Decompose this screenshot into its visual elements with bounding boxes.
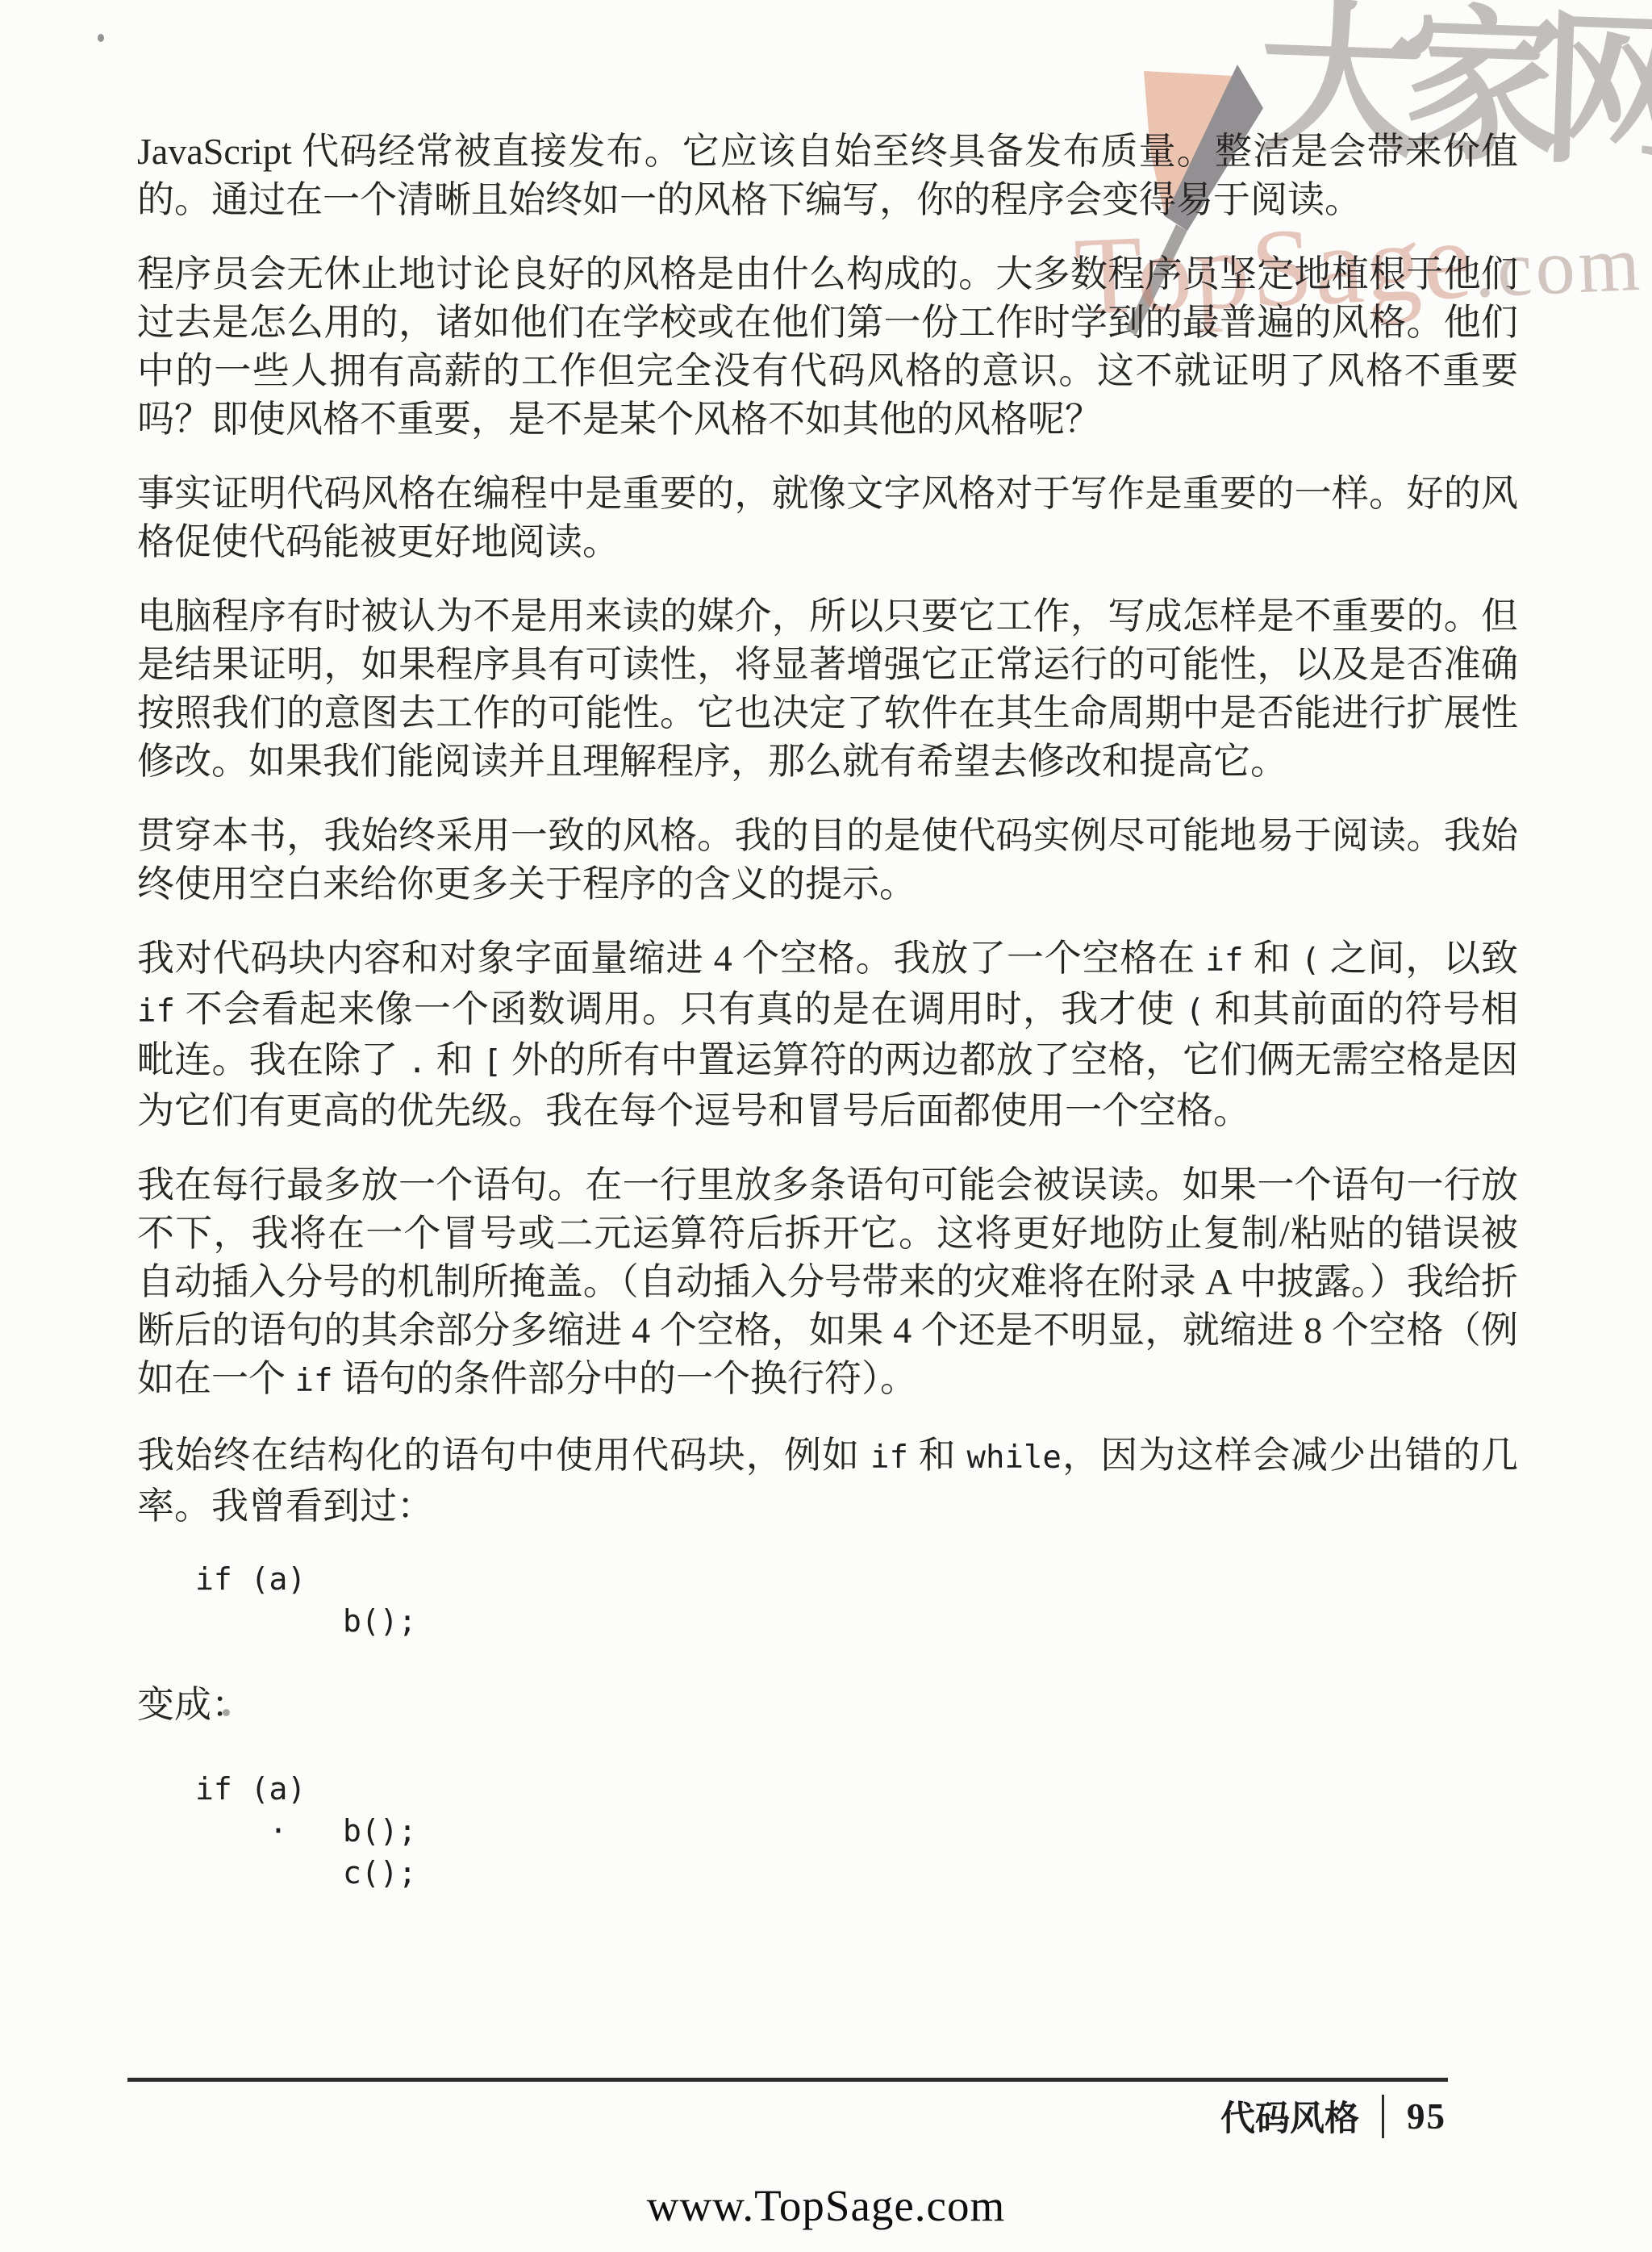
paragraph: 电脑程序有时被认为不是用来读的媒介，所以只要它工作，写成怎样是不重要的。但是结果… — [137, 592, 1518, 786]
paragraph: 事实证明代码风格在编程中是重要的，就像文字风格对于写作是重要的一样。好的风格促使… — [137, 470, 1518, 566]
inline-code: [ — [483, 1044, 502, 1080]
text-segment: 之间，以致 — [1320, 938, 1518, 979]
text-segment: 和 — [1243, 938, 1301, 979]
inline-code: if — [870, 1439, 908, 1476]
paragraph: 我始终在结构化的语句中使用代码块，例如 if 和 while，因为这样会减少出错… — [137, 1431, 1518, 1531]
paragraph: 贯穿本书，我始终采用一致的风格。我的目的是使代码实例尽可能地易于阅读。我始终使用… — [137, 812, 1518, 909]
scan-speck — [223, 1709, 230, 1716]
scan-speck — [809, 479, 814, 485]
footer-site-url: www.TopSage.com — [647, 2180, 1005, 2231]
book-page: 大家网 TopSage.com JavaScript 代码经常被直接发布。它应该… — [0, 0, 1652, 2252]
paragraph: 我对代码块内容和对象字面量缩进 4 个空格。我放了一个空格在 if 和 ( 之间… — [137, 934, 1518, 1135]
inline-code: if — [295, 1363, 333, 1399]
footer-separator: | — [1382, 2095, 1384, 2138]
text-segment: 电脑程序有时被认为不是用来读的媒介，所以只要它工作，写成怎样是不重要的。但是结果… — [137, 595, 1518, 782]
text-segment: 事实证明代码风格在编程中是重要的，就像文字风格对于写作是重要的一样。好的风格促使… — [137, 473, 1518, 562]
code-block-before: if (a) b(); — [195, 1558, 1518, 1642]
inline-code: ( — [1185, 993, 1204, 1030]
inline-code: while — [967, 1439, 1062, 1476]
inline-code: if — [1205, 942, 1243, 979]
footer-section-title: 代码风格 — [1220, 2091, 1359, 2141]
paragraph: 我在每行最多放一个语句。在一行里放多条语句可能会被误读。如果一个语句一行放不下，… — [137, 1161, 1518, 1406]
code-block-after: if (a) · b(); c(); — [195, 1768, 1518, 1894]
text-segment: 和 — [908, 1435, 967, 1476]
text-segment: JavaScript 代码经常被直接发布。它应该自始至终具备发布质量。整洁是会带… — [137, 131, 1518, 220]
text-segment: 贯穿本书，我始终采用一致的风格。我的目的是使代码实例尽可能地易于阅读。我始终使用… — [137, 815, 1518, 905]
text-segment: 我对代码块内容和对象字面量缩进 4 个空格。我放了一个空格在 — [137, 938, 1205, 979]
scan-speck — [98, 34, 104, 42]
footer-rule — [127, 2078, 1448, 2082]
inline-code: if — [137, 993, 175, 1030]
text-segment: 变成： — [137, 1684, 248, 1725]
footer-page-number: 95 — [1407, 2095, 1446, 2137]
inline-code: . — [407, 1044, 426, 1080]
inline-code: ( — [1301, 942, 1320, 979]
text-segment: 不会看起来像一个函数调用。只有真的是在调用时，我才使 — [175, 988, 1185, 1030]
paragraph: JavaScript 代码经常被直接发布。它应该自始至终具备发布质量。整洁是会带… — [137, 127, 1518, 224]
text-segment: 语句的条件部分中的一个换行符）。 — [332, 1358, 917, 1399]
text-segment: 我始终在结构化的语句中使用代码块，例如 — [137, 1435, 870, 1476]
text-segment: 和 — [427, 1039, 483, 1080]
page-content: JavaScript 代码经常被直接发布。它应该自始至终具备发布质量。整洁是会带… — [137, 127, 1518, 1894]
paragraph: 程序员会无休止地讨论良好的风格是由什么构成的。大多数程序员坚定地植根于他们过去是… — [137, 250, 1518, 444]
text-segment: 程序员会无休止地讨论良好的风格是由什么构成的。大多数程序员坚定地植根于他们过去是… — [137, 253, 1518, 440]
running-footer: 代码风格 | 95 — [1220, 2091, 1446, 2141]
paragraph-becomes: 变成： — [137, 1681, 1518, 1729]
